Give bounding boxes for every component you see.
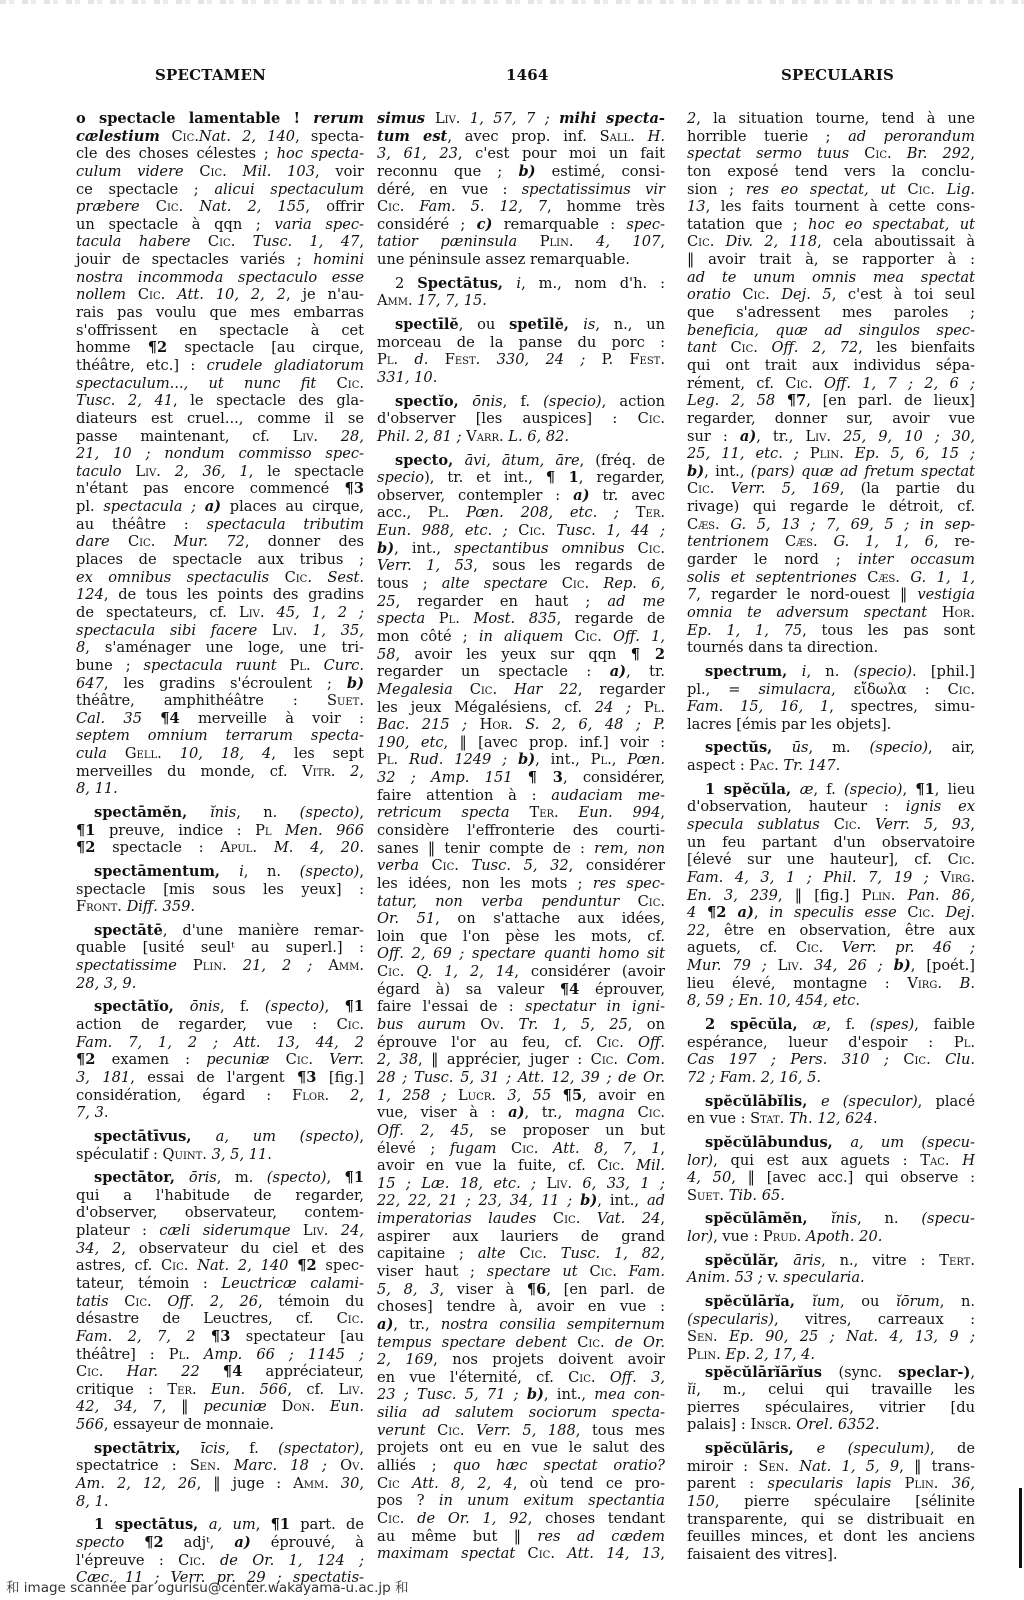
text-run: , homme très: [547, 198, 665, 215]
text-run: Verr.: [329, 1051, 364, 1068]
text-run: égard à) sa valeur: [377, 981, 560, 998]
text-run: , le spectacle des gla-: [173, 392, 364, 409]
text-run: (specio): [870, 739, 928, 756]
text-run: appréciateur,: [242, 1363, 364, 1380]
text-run: une péninsule assez remarquable.: [377, 251, 630, 268]
text-run: a, um: [209, 1516, 256, 1533]
text-line: ton exposé tend vers la conclu-: [687, 163, 975, 181]
text-run: 2,: [350, 763, 364, 780]
text-run: un feu partant d'un observatoire: [687, 834, 975, 851]
text-line: Mur. 79 ; Liv. 34, 26 ; b), [poét.]: [687, 957, 975, 975]
text-run: 2 spēcŭla,: [705, 1016, 813, 1033]
text-line: reconnu que ; b) estimé, consi-: [377, 163, 665, 181]
text-run: lacres [émis par les objets].: [687, 716, 891, 733]
text-run: specula sublatus: [687, 816, 834, 833]
text-run: , les sept: [271, 745, 364, 762]
text-run: Am. 2, 12, 26: [76, 1475, 197, 1492]
text-line: spectīlĕ, ou spetīlĕ, is, n., un: [377, 316, 665, 334]
text-run: Pl.: [954, 1034, 975, 1051]
text-run: Cic.: [574, 628, 613, 645]
text-run: , tr.,: [756, 428, 805, 445]
text-run: tr. avec: [590, 487, 665, 504]
text-run: ōnis: [190, 998, 220, 1015]
text-line: spectrum, i, n. (specio). [phil.]: [687, 663, 975, 681]
text-run: lor): [687, 1228, 713, 1245]
text-run: , de tous les points des gradins: [104, 586, 364, 603]
text-run: pierres spéculaires, vitrier [du: [687, 1399, 975, 1416]
text-run: n'étant pas encore commencé: [76, 480, 345, 497]
text-run: pos ?: [377, 1492, 439, 1509]
dictionary-column-left: o spectacle lamentable ! rerumcælestium …: [76, 110, 364, 1587]
text-run: ¶2: [144, 1534, 163, 1551]
text-line: feuilles minces, et dont les anciens: [687, 1528, 975, 1546]
text-line: action de regarder, vue : Cic.: [76, 1016, 364, 1034]
text-run: Vat. 24: [597, 1210, 661, 1227]
text-run: Mil. 103: [243, 163, 315, 180]
text-line: cle des choses célestes ; hoc specta-: [76, 145, 364, 163]
text-line: Cic. de Or. 1, 92, choses tendant: [377, 1510, 665, 1528]
text-run: Cic.: [638, 1104, 665, 1121]
text-run: Pan. 86,: [908, 887, 975, 904]
text-line: pierres spéculaires, vitrier [du: [687, 1399, 975, 1417]
text-line: Off. 2, 69 ; spectare quanti homo sit: [377, 945, 665, 963]
text-run: Cic.: [903, 1051, 945, 1068]
text-run: , ou: [840, 1293, 896, 1310]
text-line: septem omnium terrarum specta-: [76, 727, 364, 745]
text-line: théâtre, amphithéâtre : Suet.: [76, 692, 364, 710]
text-line: les jeux Mégalésiens, cf. 24 ; Pl.: [377, 699, 665, 717]
text-run: Suet.: [327, 692, 364, 709]
text-run: Off. 2, 72: [771, 339, 858, 356]
text-run: Ep. 1, 1, 75: [687, 622, 802, 639]
text-run: 7: [687, 586, 696, 603]
text-line: pl. spectacula ; a) places au cirque,: [76, 498, 364, 516]
text-run: Cic.: [519, 1245, 560, 1262]
text-line: beneficia, quæ ad singulos spec-: [687, 322, 975, 340]
text-run: simus: [377, 110, 435, 127]
text-run: Hor.: [942, 604, 975, 621]
text-line: miroir : Sen. Nat. 1, 5, 9, ‖ trans-: [687, 1458, 975, 1476]
text-run: Off. 1,: [613, 628, 665, 645]
text-run: Lig.: [947, 181, 975, 198]
text-run: b): [687, 463, 704, 480]
text-line: passe maintenant, cf. Liv. 28,: [76, 428, 364, 446]
text-run: , tous les pas sont: [802, 622, 975, 639]
text-run: , ‖ [avec acc.] qui observe :: [731, 1169, 975, 1186]
text-run: tatis: [76, 1293, 124, 1310]
text-line: déré, en vue : spectatissimus vir: [377, 181, 665, 199]
text-line: lor), qui est aux aguets : Tac. H: [687, 1152, 975, 1170]
text-run: ‚ specta-: [295, 128, 364, 145]
text-run: Plin.: [862, 887, 908, 904]
text-run: Sest.: [327, 569, 364, 586]
text-run: de Or. 1, 92: [417, 1510, 528, 1527]
text-run: Cas 197 ; Pers. 310 ;: [687, 1051, 903, 1068]
text-run: 2, 36, 1: [175, 463, 249, 480]
text-run: Fam. 7, 1, 2 ; Att. 13, 44, 2: [76, 1034, 364, 1051]
text-run: ¶ 2: [631, 646, 665, 663]
text-run: loin que l'on pèse les mots, cf.: [377, 928, 665, 945]
text-run: tateur, témoin :: [76, 1275, 221, 1292]
text-run: Off. 2, 26: [167, 1293, 258, 1310]
text-run: Inscr.: [750, 1416, 796, 1433]
text-line: l'épreuve : Cic. de Or. 1, 124 ;: [76, 1552, 364, 1570]
text-line: aspect : Pac. Tr. 147.: [687, 757, 975, 775]
text-run: pl., =: [687, 681, 758, 698]
text-line: Cic. Q. 1, 2, 14, considérer (avoir: [377, 963, 665, 981]
text-run: pecuniæ: [206, 1051, 285, 1068]
text-line: viser haut ; spectare ut Cic. Fam.: [377, 1263, 665, 1281]
text-line: Ep. 1, 1, 75, tous les pas sont: [687, 622, 975, 640]
text-run: Cic.: [742, 286, 781, 303]
text-run: , avoir les yeux sur qqn: [396, 646, 631, 663]
text-line: spéculatif : Quint. 3, 5, 11.: [76, 1146, 364, 1164]
text-run: ad: [647, 1192, 665, 1209]
text-line: 42, 34, 7, ‖ pecuniæ Don. Eun.: [76, 1398, 364, 1416]
text-run: Nat. 2, 140: [199, 128, 295, 145]
text-run: specta: [377, 610, 439, 627]
text-run: Tac.: [920, 1152, 962, 1169]
text-run: Megalesia: [377, 681, 470, 698]
text-line: tatur, non verba penduntur Cic.: [377, 893, 665, 911]
text-run: , être en observation, être aux: [706, 922, 975, 939]
text-line: avoir en vue la fuite, cf. Cic. Mil.: [377, 1157, 665, 1175]
text-run: action de regarder, vue :: [76, 1016, 337, 1033]
text-run: Cic.: [377, 963, 416, 980]
text-run: parent :: [687, 1475, 768, 1492]
text-run: , sous les regards de: [473, 557, 665, 574]
text-run: ¶6: [527, 1281, 546, 1298]
text-line: au même but ‖ res ad cædem: [377, 1528, 665, 1546]
text-run: 2,: [350, 1087, 364, 1104]
scan-credit-footer: 和 image scannée par ogurisu@center.wakay…: [6, 1576, 409, 1596]
text-line: 2 Spectātus, i, m., nom d'h. :: [377, 275, 665, 293]
text-line: 23 ; Tusc. 5, 71 ; b), int., mea con-: [377, 1386, 665, 1404]
text-run: , cela aboutissait à: [817, 233, 975, 250]
text-line: parent : specularis lapis Plin. 36,: [687, 1475, 975, 1493]
text-run: G. 5, 13 ; 7, 69, 5 ; in sep-: [730, 516, 975, 533]
text-run: Plin.: [687, 1346, 725, 1363]
text-run: les idées, non les mots ;: [377, 875, 593, 892]
text-run: , voir: [315, 163, 364, 180]
text-run: ĭōrum: [896, 1293, 940, 1310]
text-line: 2, la situation tourne, tend à une: [687, 110, 975, 128]
text-run: Cic.: [138, 286, 177, 303]
text-run: Har 22: [514, 681, 578, 698]
text-run: , considérer: [569, 857, 665, 874]
text-line: plateur : cæli siderumque Liv. 24,: [76, 1222, 364, 1240]
text-run: , ‖ trans-: [899, 1458, 975, 1475]
text-run: cle des choses célestes ;: [76, 145, 277, 162]
text-line: 8, s'aménager une loge, une tri-: [76, 639, 364, 657]
text-run: solis et septentriones: [687, 569, 867, 586]
text-run: Rud. 1249 ;: [409, 751, 518, 768]
text-run: ,: [660, 233, 665, 250]
text-run: théâtre, amphithéâtre :: [76, 692, 327, 709]
text-run: res eo spectat, ut: [746, 181, 908, 198]
text-run: lor): [687, 1152, 713, 1169]
text-run: culum videre: [76, 163, 199, 180]
text-line: spectacula sibi facere Liv. 1, 35,: [76, 622, 364, 640]
text-run: critique :: [76, 1381, 167, 1398]
text-line: ¶2 examen : pecuniæ Cic. Verr.: [76, 1051, 364, 1069]
text-run: Pac.: [749, 757, 783, 774]
text-line: 25, 11, etc. ; Plin. Ep. 5, 6, 15 ;: [687, 445, 975, 463]
text-run: Dej. 5: [781, 286, 831, 303]
text-line: Fam. 2, 7, 2 ¶3 spectateur [au: [76, 1328, 364, 1346]
text-run: Pl.: [377, 351, 414, 368]
text-run: mihi specta-: [559, 110, 665, 127]
text-run: Cæs.: [785, 533, 834, 550]
text-line: spectāmentum, i, n. (specto),: [76, 863, 364, 881]
text-run: 13: [687, 198, 706, 215]
text-line: espérance, lueur d'espoir : Pl.: [687, 1034, 975, 1052]
text-line: théâtre] : Pl. Amp. 66 ; 1145 ;: [76, 1346, 364, 1364]
text-line: palais] : Inscr. Orel. 6352.: [687, 1416, 975, 1434]
text-run: Tusc. 5, 32: [472, 857, 569, 874]
text-run: tatur, non verba penduntur: [377, 893, 638, 910]
text-run: āris: [793, 1252, 821, 1269]
text-run: Cic.: [156, 198, 200, 215]
text-run: , ou: [459, 316, 509, 333]
text-run: éprouvé, à: [251, 1534, 364, 1551]
text-line: garder le nord ; inter occasum: [687, 551, 975, 569]
text-run: spectantibus omnibus: [454, 540, 637, 557]
text-run: Mur. 72: [174, 533, 245, 550]
text-run: Cic.: [638, 893, 665, 910]
text-line: 15 ; Læ. 18, etc. ; Liv. 6, 33, 1 ;: [377, 1175, 665, 1193]
text-line: spectātor, ōris, m. (specto), ¶1: [76, 1169, 364, 1187]
text-run: aguets, cf.: [687, 939, 796, 956]
text-run: Amm.: [328, 957, 364, 974]
text-run: Liv.: [778, 957, 814, 974]
text-run: , avec prop. inf.: [447, 128, 599, 145]
text-line: Anim. 53 ; v. specularia.: [687, 1269, 975, 1287]
text-run: Cic.: [337, 1310, 364, 1327]
text-run: alte: [478, 1245, 520, 1262]
text-run: Men. 966: [285, 822, 364, 839]
text-run: Amm.: [293, 1475, 341, 1492]
text-line: retricum specta Ter. Eun. 994,: [377, 804, 665, 822]
text-run: ūs: [792, 739, 809, 756]
text-run: . [phil.]: [912, 663, 975, 680]
text-line: 1 spĕcŭla, æ, f. (specio), ¶1, lieu: [687, 781, 975, 799]
text-run: 30,: [341, 1475, 364, 1492]
text-run: que s'adressent mes paroles ;: [687, 304, 975, 321]
text-run: un spectacle à qqn ;: [76, 216, 274, 233]
text-line: pos ? in unum exitum spectantia: [377, 1492, 665, 1510]
text-line: 1 spectātus, a, um, ¶1 part. de: [76, 1516, 364, 1534]
text-line: taculo Liv. 2, 36, 1, le spectacle: [76, 463, 364, 481]
text-run: Cic.: [589, 1263, 628, 1280]
text-run: , on s'attache aux idées,: [435, 910, 665, 927]
text-run: 15 ; Læ. 18, etc. ;: [377, 1175, 546, 1192]
text-run: vestigia: [917, 586, 975, 603]
text-run: , int.,: [394, 540, 454, 557]
text-run: hoc eo spectabat, ut: [808, 216, 975, 233]
text-run: alicui spectaculum: [214, 181, 364, 198]
text-run: , (fréq. de: [580, 452, 665, 469]
text-run: b): [347, 675, 364, 692]
text-run: maximam spectat: [377, 1545, 528, 1562]
text-line: 124, de tous les points des gradins: [76, 586, 364, 604]
text-run: Tusc. 1, 82: [561, 1245, 661, 1262]
text-line: [élevé sur une hauteur], cf. Cic.: [687, 851, 975, 869]
text-run: bune ;: [76, 657, 144, 674]
text-run: au théâtre :: [76, 516, 206, 533]
text-run: Prud.: [763, 1228, 806, 1245]
text-run: 36,: [952, 1475, 975, 1492]
text-line: specio), tr. et int., ¶ 1, regarder,: [377, 469, 665, 487]
text-line: tentrionem Cæs. G. 1, 1, 6, re-: [687, 533, 975, 551]
text-run: 566: [76, 1416, 104, 1433]
text-line: capitaine ; alte Cic. Tusc. 1, 82,: [377, 1245, 665, 1263]
text-run: spectatissimus vir: [522, 181, 665, 198]
text-run: passe maintenant, cf.: [76, 428, 293, 445]
text-run: 21, 10 ; nondum commisso spec-: [76, 445, 364, 462]
text-run: Spectātus,: [417, 275, 516, 292]
text-run: ton exposé tend vers la conclu-: [687, 163, 975, 180]
text-run: (specio): [854, 663, 912, 680]
text-run: tant: [687, 339, 730, 356]
text-line: spĕcŭlăr, āris, n., vitre : Tert.: [687, 1252, 975, 1270]
text-run: examen :: [95, 1051, 206, 1068]
text-run: 21, 2 ;: [243, 957, 329, 974]
text-run: Verr. 5, 169: [731, 480, 840, 497]
text-line: spectaculum..., ut nunc fit Cic.: [76, 375, 364, 393]
text-run: a, um (specu-: [850, 1134, 975, 1151]
text-run: Don.: [282, 1398, 330, 1415]
text-run: præbere: [76, 198, 156, 215]
text-run: spectātrix,: [94, 1440, 200, 1457]
running-head-right-guideword: SPECULARIS: [781, 66, 894, 84]
text-run: Cic.: [597, 1157, 636, 1174]
text-run: b): [377, 540, 394, 557]
text-line: Leg. 2, 58 ¶7, [en parl. de lieux]: [687, 392, 975, 410]
text-run: Sall.: [600, 128, 648, 145]
scan-edge-mark: [1019, 1488, 1022, 1568]
text-run: , m., nom d'h. :: [521, 275, 665, 292]
text-run: , [en parl. de: [546, 1281, 665, 1298]
text-line: spectātĭo, ōnis, f. (specto), ¶1: [76, 998, 364, 1016]
text-run: , la situation tourne, tend à une: [696, 110, 975, 127]
text-run: ĭi: [687, 1381, 696, 1398]
text-run: e (speculor): [821, 1093, 918, 1110]
text-line: verba Cic. Tusc. 5, 32, considérer: [377, 857, 665, 875]
text-run: Cic.: [638, 410, 665, 427]
text-run: 2: [687, 110, 696, 127]
text-run: spectĭo,: [395, 393, 472, 410]
text-run: spectacula tributim: [206, 516, 364, 533]
text-run: verba: [377, 857, 432, 874]
text-run: jouir de spectacles variés ;: [76, 251, 313, 268]
text-run: B.: [960, 975, 975, 992]
text-line: que s'adressent mes paroles ;: [687, 304, 975, 322]
text-run: Tert.: [939, 1252, 975, 1269]
text-line: 72 ; Fam. 2, 16, 5.: [687, 1069, 975, 1087]
text-run: Pl.: [169, 1346, 204, 1363]
text-run: 8, 1.: [76, 1493, 109, 1510]
text-line: bus aurum Ov. Tr. 1, 5, 25, on: [377, 1016, 665, 1034]
text-run: Liv.: [239, 604, 277, 621]
text-line: spectātrix, īcis, f. (spectator),: [76, 1440, 364, 1458]
text-run: garder le nord ;: [687, 551, 858, 568]
text-line: sur : a), tr., Liv. 25, 9, 10 ; 30,: [687, 428, 975, 446]
text-run: 647: [76, 675, 104, 692]
text-run: ex omnibus spectaculis: [76, 569, 285, 586]
text-run: merveilles du monde, cf.: [76, 763, 302, 780]
text-line: alliés ; quo hæc spectat oratio?: [377, 1457, 665, 1475]
text-run: s'offrissent en spectacle à cet: [76, 322, 364, 339]
text-run: (specto): [267, 1169, 327, 1186]
text-run: Cic.: [511, 1140, 553, 1157]
text-run: d'observer, observateur, contem-: [76, 1204, 364, 1221]
text-run: b): [894, 957, 911, 974]
text-run: , où tend ce pro-: [513, 1475, 665, 1492]
text-run: Cic.: [730, 339, 771, 356]
text-run: ignis ex: [906, 798, 975, 815]
text-line: præbere Cic. Nat. 2, 155, offrir: [76, 198, 364, 216]
text-run: ,: [359, 233, 364, 250]
text-run: Cic.: [337, 375, 364, 392]
text-run: 7, 3.: [76, 1104, 109, 1121]
text-run: ¶ 1: [546, 469, 579, 486]
text-run: specio: [377, 469, 424, 486]
text-run: faire attention à :: [377, 787, 551, 804]
text-run: , f.: [220, 998, 265, 1015]
text-run: spectacle :: [95, 839, 220, 856]
page-number: 1464: [506, 66, 549, 84]
text-run: nostra incommoda spectaculo esse: [76, 269, 364, 286]
text-run: Cic.: [568, 1369, 610, 1386]
text-run: 1, 258 ;: [377, 1087, 458, 1104]
text-run: rais pas voulu que mes embarras: [76, 304, 364, 321]
text-run: Th. 12, 624.: [789, 1110, 878, 1127]
text-run: Off. 2, 45: [377, 1122, 469, 1139]
text-run: , n.: [857, 1210, 921, 1227]
text-line: sion ; res eo spectat, ut Cic. Lig.: [687, 181, 975, 199]
text-run: théâtre, etc.] :: [76, 357, 207, 374]
text-run: ce spectacle ;: [76, 181, 214, 198]
text-run: ōnis: [472, 393, 502, 410]
text-run: Virg.: [907, 975, 959, 992]
text-run: homme: [76, 339, 148, 356]
text-line: faisaient des vitres].: [687, 1546, 975, 1564]
text-line: merveilles du monde, cf. Vitr. 2,: [76, 763, 364, 781]
text-line: Am. 2, 12, 26, ‖ juge : Amm. 30,: [76, 1475, 364, 1493]
text-line: spĕcŭlāris, e (speculum), de: [687, 1440, 975, 1458]
text-run: spectatrice :: [76, 1457, 190, 1474]
text-line: specula sublatus Cic. Verr. 5, 93,: [687, 816, 975, 834]
text-run: , vitres, carreaux :: [774, 1311, 975, 1328]
text-run: Fest.: [629, 351, 665, 368]
text-run: Diff. 359.: [127, 898, 195, 915]
text-line: 2 spēcŭla, æ, f. (spes), faible: [687, 1016, 975, 1034]
text-run: specularia.: [783, 1269, 864, 1286]
text-run: spĕcŭlārĭa,: [705, 1293, 812, 1310]
text-run: , [poét.]: [911, 957, 975, 974]
text-run: déré, en vue :: [377, 181, 522, 198]
text-run: Ter.: [636, 504, 665, 521]
text-run: dare: [76, 533, 128, 550]
text-run: Ov.: [340, 1457, 364, 1474]
text-run: Gell.: [125, 745, 180, 762]
text-run: Liv.: [135, 463, 174, 480]
text-line: tacula habere Cic. Tusc. 1, 47,: [76, 233, 364, 251]
text-run: 4, 107: [596, 233, 660, 250]
text-run: , f.: [225, 1440, 278, 1457]
text-run: d'observation, hauteur :: [687, 798, 906, 815]
